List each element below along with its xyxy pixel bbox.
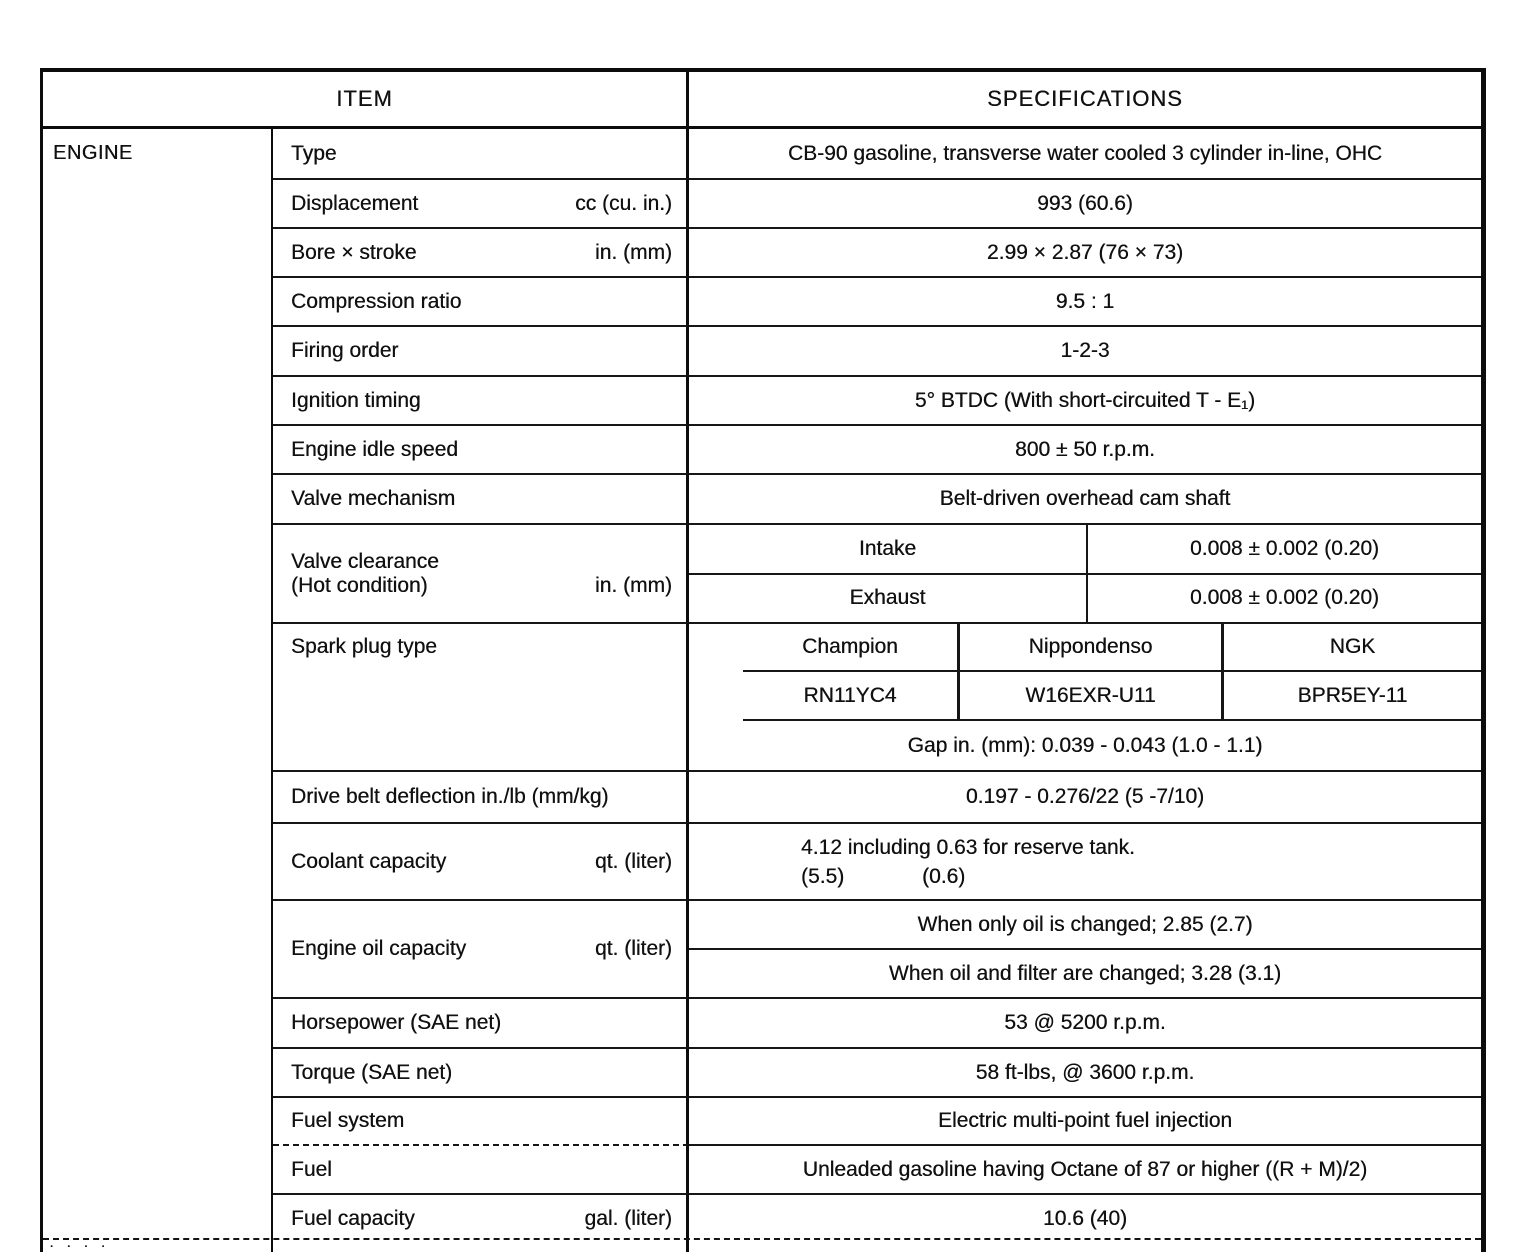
row-cutoff-next-section [273,1242,1481,1252]
ignition-timing-value: 5° BTDC (With short-circuited T - E₁) [689,375,1481,424]
displacement-unit: cc (cu. in.) [575,192,672,216]
ignition-timing-label: Ignition timing [291,389,421,413]
brand-champion: Champion [743,624,960,670]
displacement-label-cell: Displacement cc (cu. in.) [273,178,689,227]
firing-order-label-cell: Firing order [273,325,689,375]
spark-plug-gap: Gap in. (mm): 0.039 - 0.043 (1.0 - 1.1) [689,721,1481,770]
model-ngk: BPR5EY-11 [1224,672,1481,719]
coolant-label-cell: Coolant capacity qt. (liter) [273,822,689,899]
type-label: Type [291,142,337,166]
type-label-cell: Type [273,129,689,178]
firing-order-value: 1-2-3 [689,325,1481,375]
fuel-system-label: Fuel system [291,1109,404,1133]
horsepower-label-cell: Horsepower (SAE net) [273,997,689,1047]
row-drive-belt: Drive belt deflection in./lb (mm/kg) 0.1… [273,770,1481,822]
fuel-capacity-label: Fuel capacity [291,1207,415,1231]
horsepower-value: 53 @ 5200 r.p.m. [689,997,1481,1047]
torque-value: 58 ft-lbs, @ 3600 r.p.m. [689,1047,1481,1096]
intake-label: Intake [689,525,1088,573]
compression-label: Compression ratio [291,290,461,314]
spark-plug-label: Spark plug type [291,635,437,659]
idle-speed-label: Engine idle speed [291,438,458,462]
fuel-system-label-cell: Fuel system [273,1096,689,1144]
compression-label-cell: Compression ratio [273,276,689,325]
spark-plug-label-cell: Spark plug type [273,622,689,770]
idle-speed-value: 800 ± 50 r.p.m. [689,424,1481,473]
spark-plug-model-row: RN11YC4 W16EXR-U11 BPR5EY-11 [743,672,1481,721]
horsepower-label: Horsepower (SAE net) [291,1011,501,1035]
fuel-label-cell: Fuel [273,1144,689,1193]
item-column-header: ITEM [43,72,689,126]
fuel-capacity-label-cell: Fuel capacity gal. (liter) [273,1193,689,1242]
valve-mechanism-value: Belt-driven overhead cam shaft [689,473,1481,523]
ignition-timing-label-cell: Ignition timing [273,375,689,424]
torque-label: Torque (SAE net) [291,1061,452,1085]
coolant-value-liter: (0.6) [922,865,965,888]
displacement-value: 993 (60.6) [689,178,1481,227]
fuel-capacity-value: 10.6 (40) [689,1193,1481,1242]
firing-order-label: Firing order [291,339,398,363]
bore-stroke-label-cell: Bore × stroke in. (mm) [273,227,689,276]
row-type: Type CB-90 gasoline, transverse water co… [273,129,1481,178]
valve-clearance-intake-row: Intake 0.008 ± 0.002 (0.20) [689,525,1481,573]
fuel-system-value: Electric multi-point fuel injection [689,1096,1481,1144]
engine-specifications-table: ITEM SPECIFICATIONS ENGINE Type CB-90 ga… [40,68,1486,1252]
valve-clearance-label-cell: Valve clearance (Hot condition) in. (mm) [273,523,689,622]
oil-value-row2: When oil and filter are changed; 3.28 (3… [689,948,1481,997]
cutoff-row-divider [43,1238,1481,1240]
fuel-value: Unleaded gasoline having Octane of 87 or… [689,1144,1481,1193]
drive-belt-value: 0.197 - 0.276/22 (5 -7/10) [689,770,1481,822]
torque-label-cell: Torque (SAE net) [273,1047,689,1096]
row-compression-ratio: Compression ratio 9.5 : 1 [273,276,1481,325]
fuel-capacity-unit: gal. (liter) [584,1207,672,1231]
valve-clearance-exhaust-row: Exhaust 0.008 ± 0.002 (0.20) [689,573,1481,623]
valve-clearance-subtable: Intake 0.008 ± 0.002 (0.20) Exhaust 0.00… [689,523,1481,622]
compression-value: 9.5 : 1 [689,276,1481,325]
coolant-value-line1: 4.12 including 0.63 for reserve tank. [801,833,1135,862]
valve-clearance-label-line1: Valve clearance [291,550,672,574]
row-torque: Torque (SAE net) 58 ft-lbs, @ 3600 r.p.m… [273,1047,1481,1096]
cutoff-scan-dots: · · · · [49,1237,109,1252]
coolant-value-line2: (5.5) (0.6) [801,862,965,891]
row-engine-oil-capacity: Engine oil capacity qt. (liter) When onl… [273,899,1481,997]
coolant-unit: qt. (liter) [595,850,672,874]
valve-clearance-label-line2: (Hot condition) [291,574,428,598]
coolant-value: 4.12 including 0.63 for reserve tank. (5… [689,822,1481,899]
idle-speed-label-cell: Engine idle speed [273,424,689,473]
spark-plug-brand-row: Champion Nippondenso NGK [743,624,1481,672]
valve-mechanism-label: Valve mechanism [291,487,455,511]
row-displacement: Displacement cc (cu. in.) 993 (60.6) [273,178,1481,227]
table-body: ENGINE Type CB-90 gasoline, transverse w… [43,129,1481,1252]
row-bore-stroke: Bore × stroke in. (mm) 2.99 × 2.87 (76 ×… [273,227,1481,276]
spark-plug-subtable: Champion Nippondenso NGK RN11YC4 W16EXR-… [689,622,1481,770]
oil-value: When only oil is changed; 2.85 (2.7) Whe… [689,899,1481,997]
row-fuel-system: Fuel system Electric multi-point fuel in… [273,1096,1481,1144]
oil-value-row1: When only oil is changed; 2.85 (2.7) [689,901,1481,948]
coolant-value-qt: (5.5) [801,865,844,888]
row-ignition-timing: Ignition timing 5° BTDC (With short-circ… [273,375,1481,424]
row-valve-mechanism: Valve mechanism Belt-driven overhead cam… [273,473,1481,523]
type-value: CB-90 gasoline, transverse water cooled … [689,129,1481,178]
row-fuel-capacity: Fuel capacity gal. (liter) 10.6 (40) [273,1193,1481,1242]
bore-stroke-value: 2.99 × 2.87 (76 × 73) [689,227,1481,276]
valve-clearance-unit: in. (mm) [595,574,672,598]
bore-stroke-label: Bore × stroke [291,241,416,265]
bore-stroke-unit: in. (mm) [595,241,672,265]
row-spark-plug: Spark plug type Champion Nippondenso NGK… [273,622,1481,770]
brand-ngk: NGK [1224,624,1481,670]
oil-unit: qt. (liter) [595,937,672,961]
oil-label: Engine oil capacity [291,937,466,961]
exhaust-label: Exhaust [689,575,1088,623]
table-header-row: ITEM SPECIFICATIONS [43,72,1481,129]
oil-label-cell: Engine oil capacity qt. (liter) [273,899,689,997]
engine-section-label: ENGINE [43,129,273,1252]
row-engine-idle-speed: Engine idle speed 800 ± 50 r.p.m. [273,424,1481,473]
scanned-manual-page: ITEM SPECIFICATIONS ENGINE Type CB-90 ga… [0,0,1520,1252]
coolant-label: Coolant capacity [291,850,446,874]
fuel-label: Fuel [291,1158,332,1182]
exhaust-value: 0.008 ± 0.002 (0.20) [1088,575,1481,623]
row-firing-order: Firing order 1-2-3 [273,325,1481,375]
cutoff-value-cell [689,1242,1481,1252]
drive-belt-label-cell: Drive belt deflection in./lb (mm/kg) [273,770,689,822]
cutoff-label-cell [273,1242,689,1252]
row-valve-clearance: Valve clearance (Hot condition) in. (mm)… [273,523,1481,622]
spec-rows: Type CB-90 gasoline, transverse water co… [273,129,1481,1252]
valve-mechanism-label-cell: Valve mechanism [273,473,689,523]
row-fuel: Fuel Unleaded gasoline having Octane of … [273,1144,1481,1193]
displacement-label: Displacement [291,192,418,216]
intake-value: 0.008 ± 0.002 (0.20) [1088,525,1481,573]
model-nippondenso: W16EXR-U11 [960,672,1224,719]
row-horsepower: Horsepower (SAE net) 53 @ 5200 r.p.m. [273,997,1481,1047]
brand-nippondenso: Nippondenso [960,624,1224,670]
model-champion: RN11YC4 [743,672,960,719]
drive-belt-label: Drive belt deflection in./lb (mm/kg) [291,785,608,809]
row-coolant-capacity: Coolant capacity qt. (liter) 4.12 includ… [273,822,1481,899]
specifications-column-header: SPECIFICATIONS [689,72,1481,126]
